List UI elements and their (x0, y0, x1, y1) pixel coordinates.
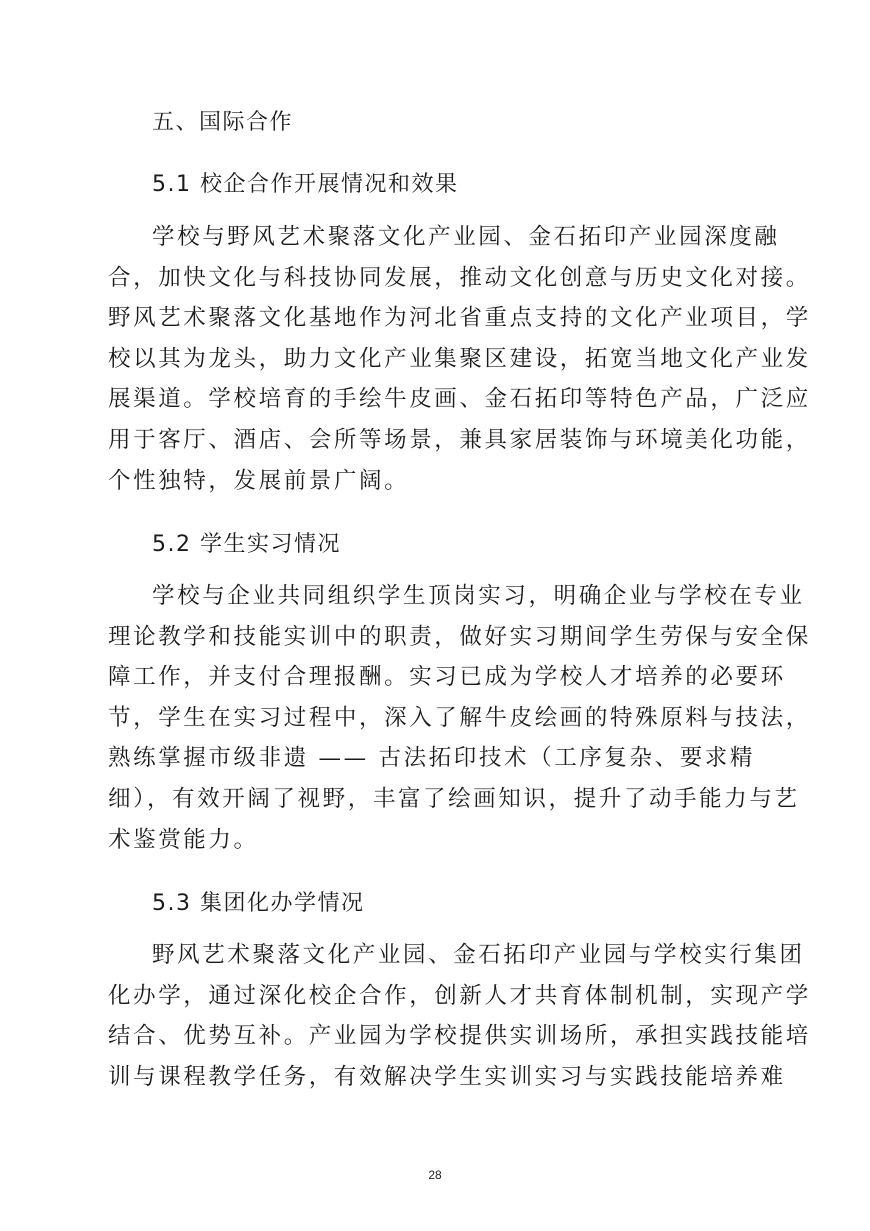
paragraph-line: 术鉴赏能力。 (108, 825, 259, 855)
paragraph-line: 野风艺术聚落文化产业园、金石拓印产业园与学校实行集团 (152, 940, 805, 970)
paragraph-line: 学校与企业共同组织学生顶岗实习，明确企业与学校在专业 (152, 581, 805, 611)
subsection-heading-5-1: 5.1 校企合作开展情况和效果 (152, 170, 458, 200)
paragraph-line: 个性独特，发展前景广阔。 (108, 466, 409, 496)
paragraph-line: 结合、优势互补。产业园为学校提供实训场所，承担实践技能培 (108, 1021, 811, 1051)
paragraph-line: 熟练掌握市级非遗 —— 古法拓印技术（工序复杂、要求精 (108, 743, 755, 773)
subsection-heading-5-3: 5.3 集团化办学情况 (152, 889, 364, 919)
paragraph-line: 野风艺术聚落文化基地作为河北省重点支持的文化产业项目，学 (108, 303, 811, 333)
paragraph-line: 化办学，通过深化校企合作，创新人才共育体制机制，实现产学 (108, 981, 811, 1011)
paragraph-line: 学校与野风艺术聚落文化产业园、金石拓印产业园深度融 (152, 222, 780, 252)
paragraph-line: 理论教学和技能实训中的职责，做好实习期间学生劳保与安全保 (108, 622, 811, 652)
subsection-heading-5-2: 5.2 学生实习情况 (152, 530, 341, 560)
paragraph-line: 校以其为龙头，助力文化产业集聚区建设，拓宽当地文化产业发 (108, 344, 811, 374)
paragraph-line: 用于客厅、酒店、会所等场景，兼具家居装饰与环境美化功能， (108, 425, 811, 455)
paragraph-line: 展渠道。学校培育的手绘牛皮画、金石拓印等特色产品，广泛应 (108, 384, 811, 414)
paragraph-line: 节，学生在实习过程中，深入了解牛皮绘画的特殊原料与技法， (108, 703, 811, 733)
page-number: 28 (0, 1168, 870, 1182)
document-page: 五、国际合作 5.1 校企合作开展情况和效果 学校与野风艺术聚落文化产业园、金石… (0, 0, 870, 1231)
paragraph-line: 细），有效开阔了视野，丰富了绘画知识，提升了动手能力与艺 (108, 784, 800, 814)
paragraph-line: 合，加快文化与科技协同发展，推动文化创意与历史文化对接。 (108, 263, 811, 293)
section-title: 五、国际合作 (152, 108, 293, 138)
paragraph-line: 训与课程教学任务，有效解决学生实训实习与实践技能培养难 (108, 1062, 786, 1092)
paragraph-line: 障工作，并支付合理报酬。实习已成为学校人才培养的必要环 (108, 662, 786, 692)
